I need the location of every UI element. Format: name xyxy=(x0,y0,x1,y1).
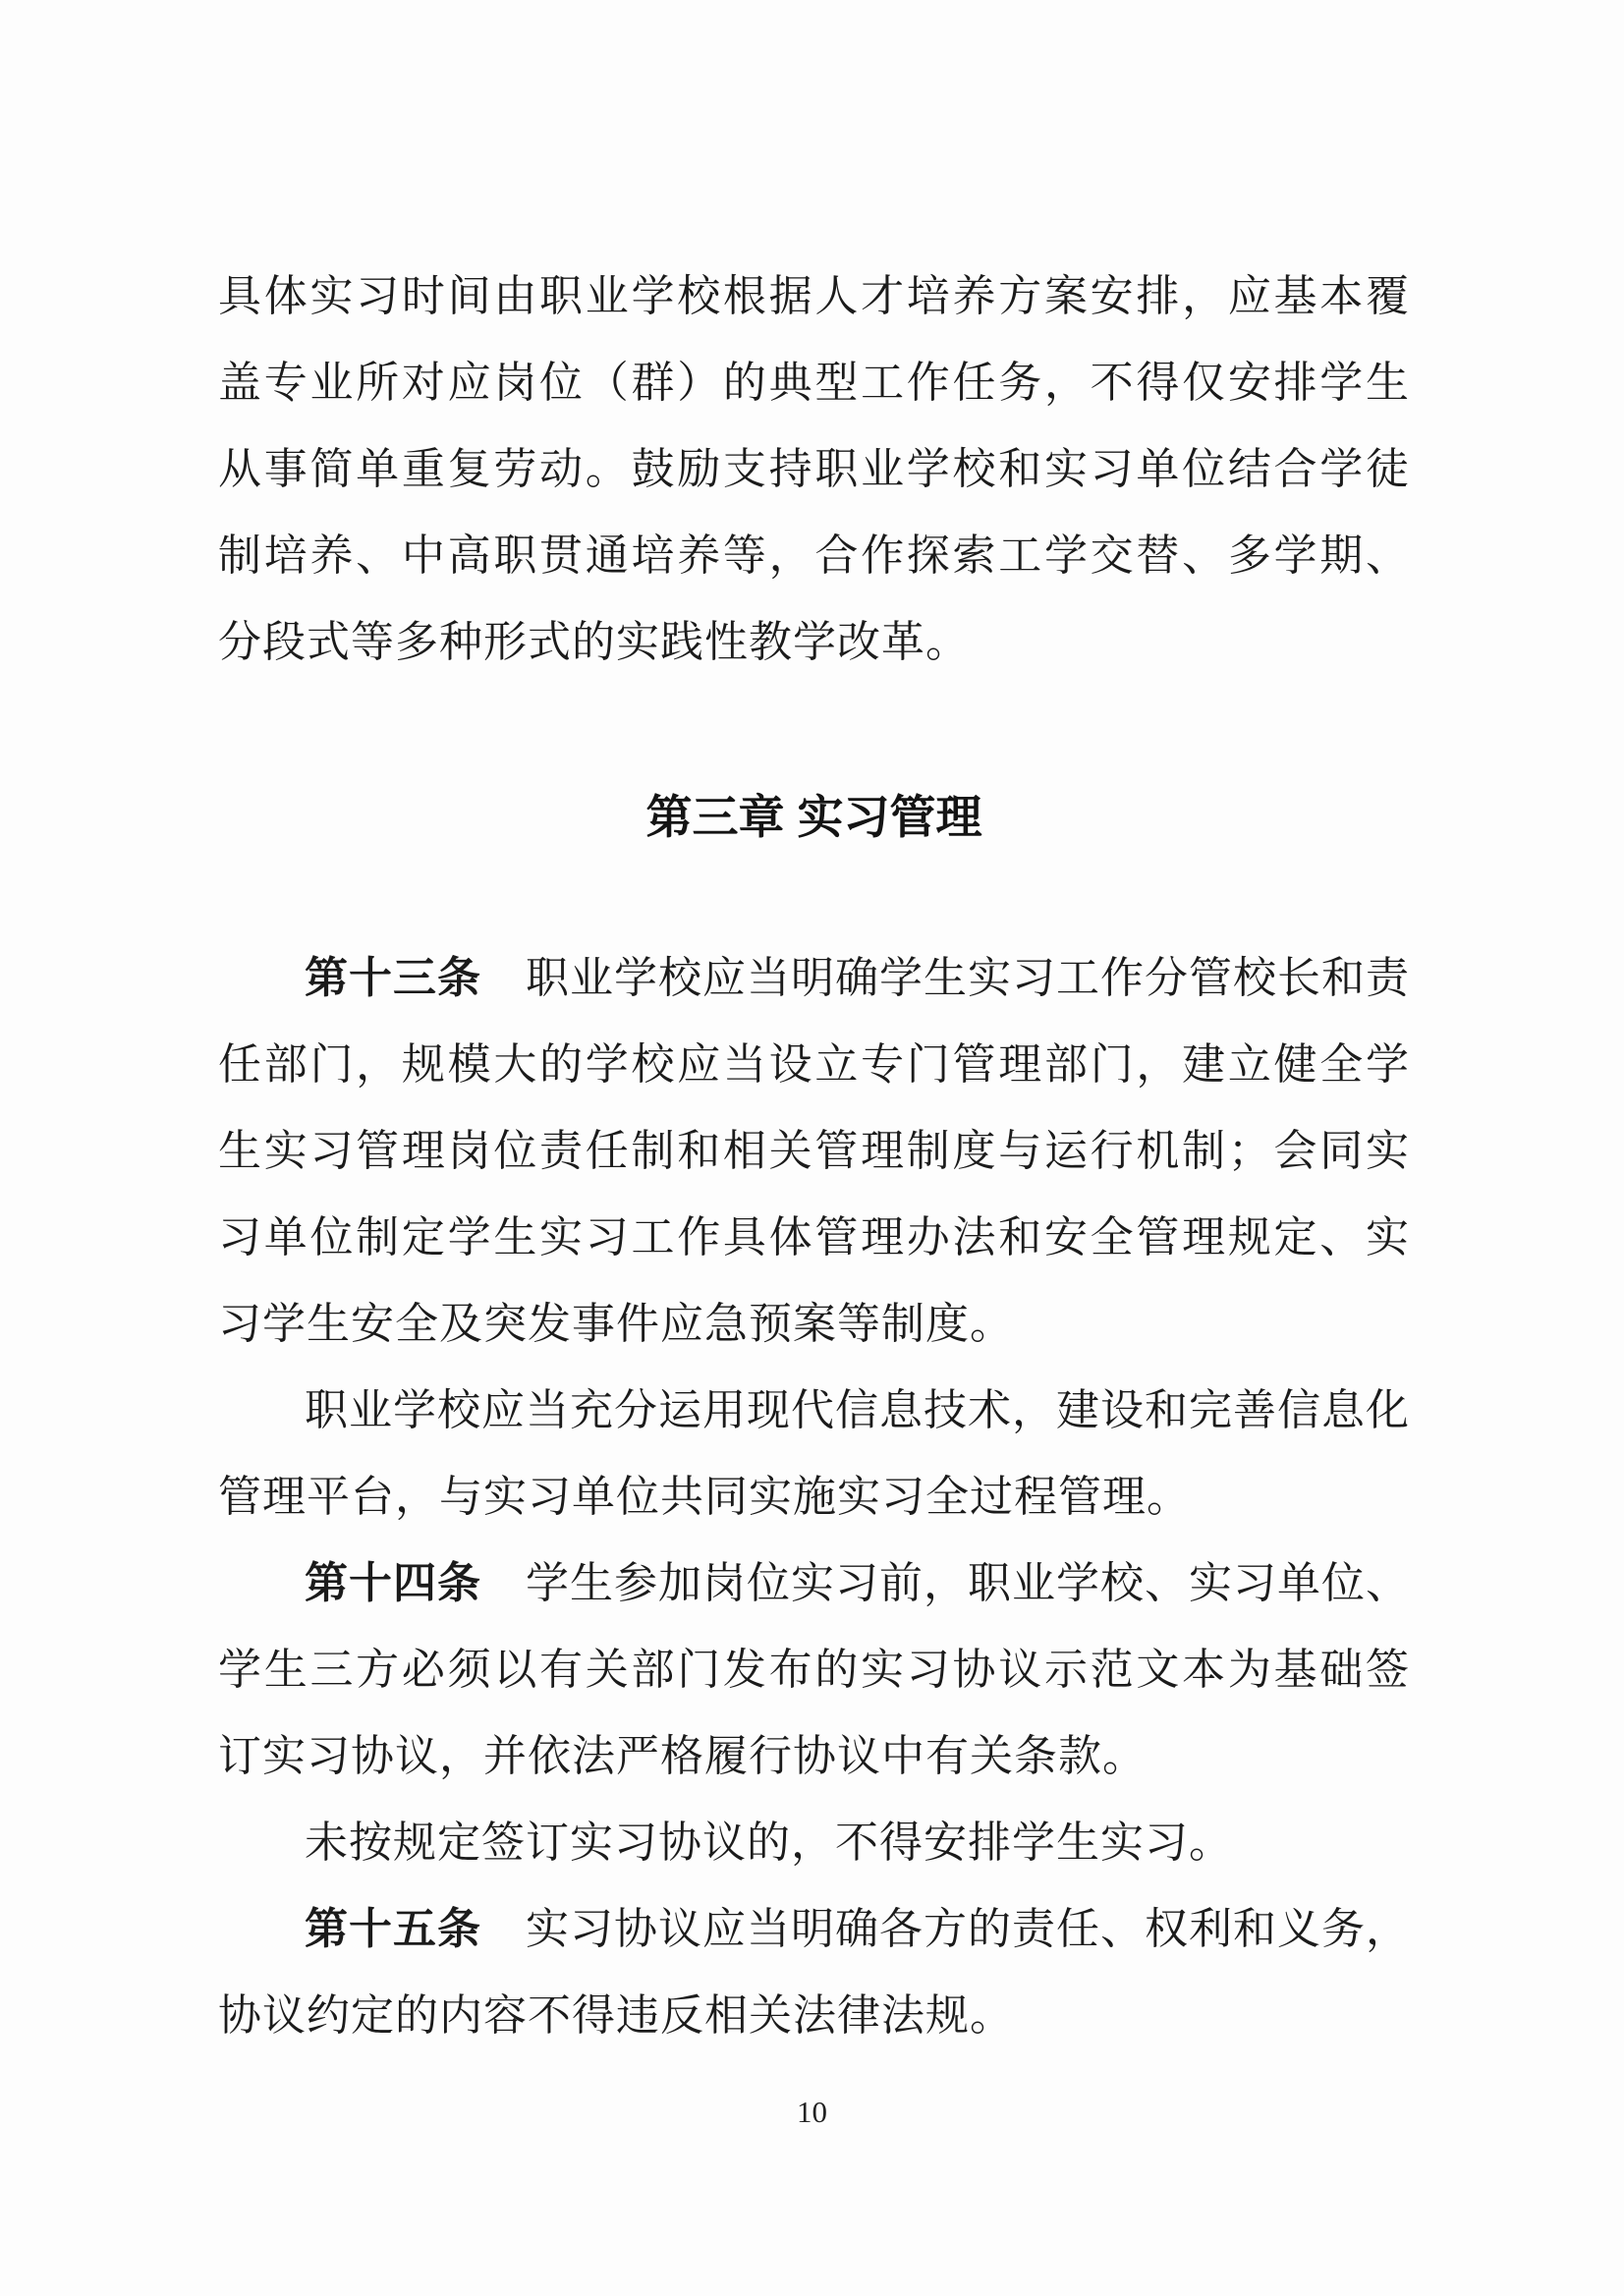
intro-paragraph: 具体实习时间由职业学校根据人才培养方案安排，应基本覆盖专业所对应岗位（群）的典型… xyxy=(218,253,1410,686)
article-13-paragraph: 第十三条 职业学校应当明确学生实习工作分管校长和责任部门，规模大的学校应当设立专… xyxy=(218,935,1410,1368)
article-13-label: 第十三条 xyxy=(305,954,481,1002)
chapter-heading: 第三章 实习管理 xyxy=(218,774,1410,861)
article-14-continuation-paragraph: 未按规定签订实习协议的，不得安排学生实习。 xyxy=(218,1800,1410,1886)
article-15-label: 第十五条 xyxy=(305,1905,481,1953)
document-body: 具体实习时间由职业学校根据人才培养方案安排，应基本覆盖专业所对应岗位（群）的典型… xyxy=(218,253,1410,2059)
article-14-paragraph: 第十四条 学生参加岗位实习前，职业学校、实习单位、学生三方必须以有关部门发布的实… xyxy=(218,1540,1410,1800)
document-page: 具体实习时间由职业学校根据人才培养方案安排，应基本覆盖专业所对应岗位（群）的典型… xyxy=(0,0,1624,2296)
article-15-paragraph: 第十五条 实习协议应当明确各方的责任、权利和义务，协议约定的内容不得违反相关法律… xyxy=(218,1886,1410,2059)
article-13-continuation-paragraph: 职业学校应当充分运用现代信息技术，建设和完善信息化管理平台，与实习单位共同实施实… xyxy=(218,1368,1410,1540)
article-14-label: 第十四条 xyxy=(305,1559,481,1607)
article-13-continuation-text: 职业学校应当充分运用现代信息技术，建设和完善信息化管理平台，与实习单位共同实施实… xyxy=(218,1386,1410,1521)
article-13-text: 职业学校应当明确学生实习工作分管校长和责任部门，规模大的学校应当设立专门管理部门… xyxy=(218,954,1410,1348)
page-number: 10 xyxy=(0,2093,1624,2132)
article-14-continuation-text: 未按规定签订实习协议的，不得安排学生实习。 xyxy=(305,1819,1233,1867)
